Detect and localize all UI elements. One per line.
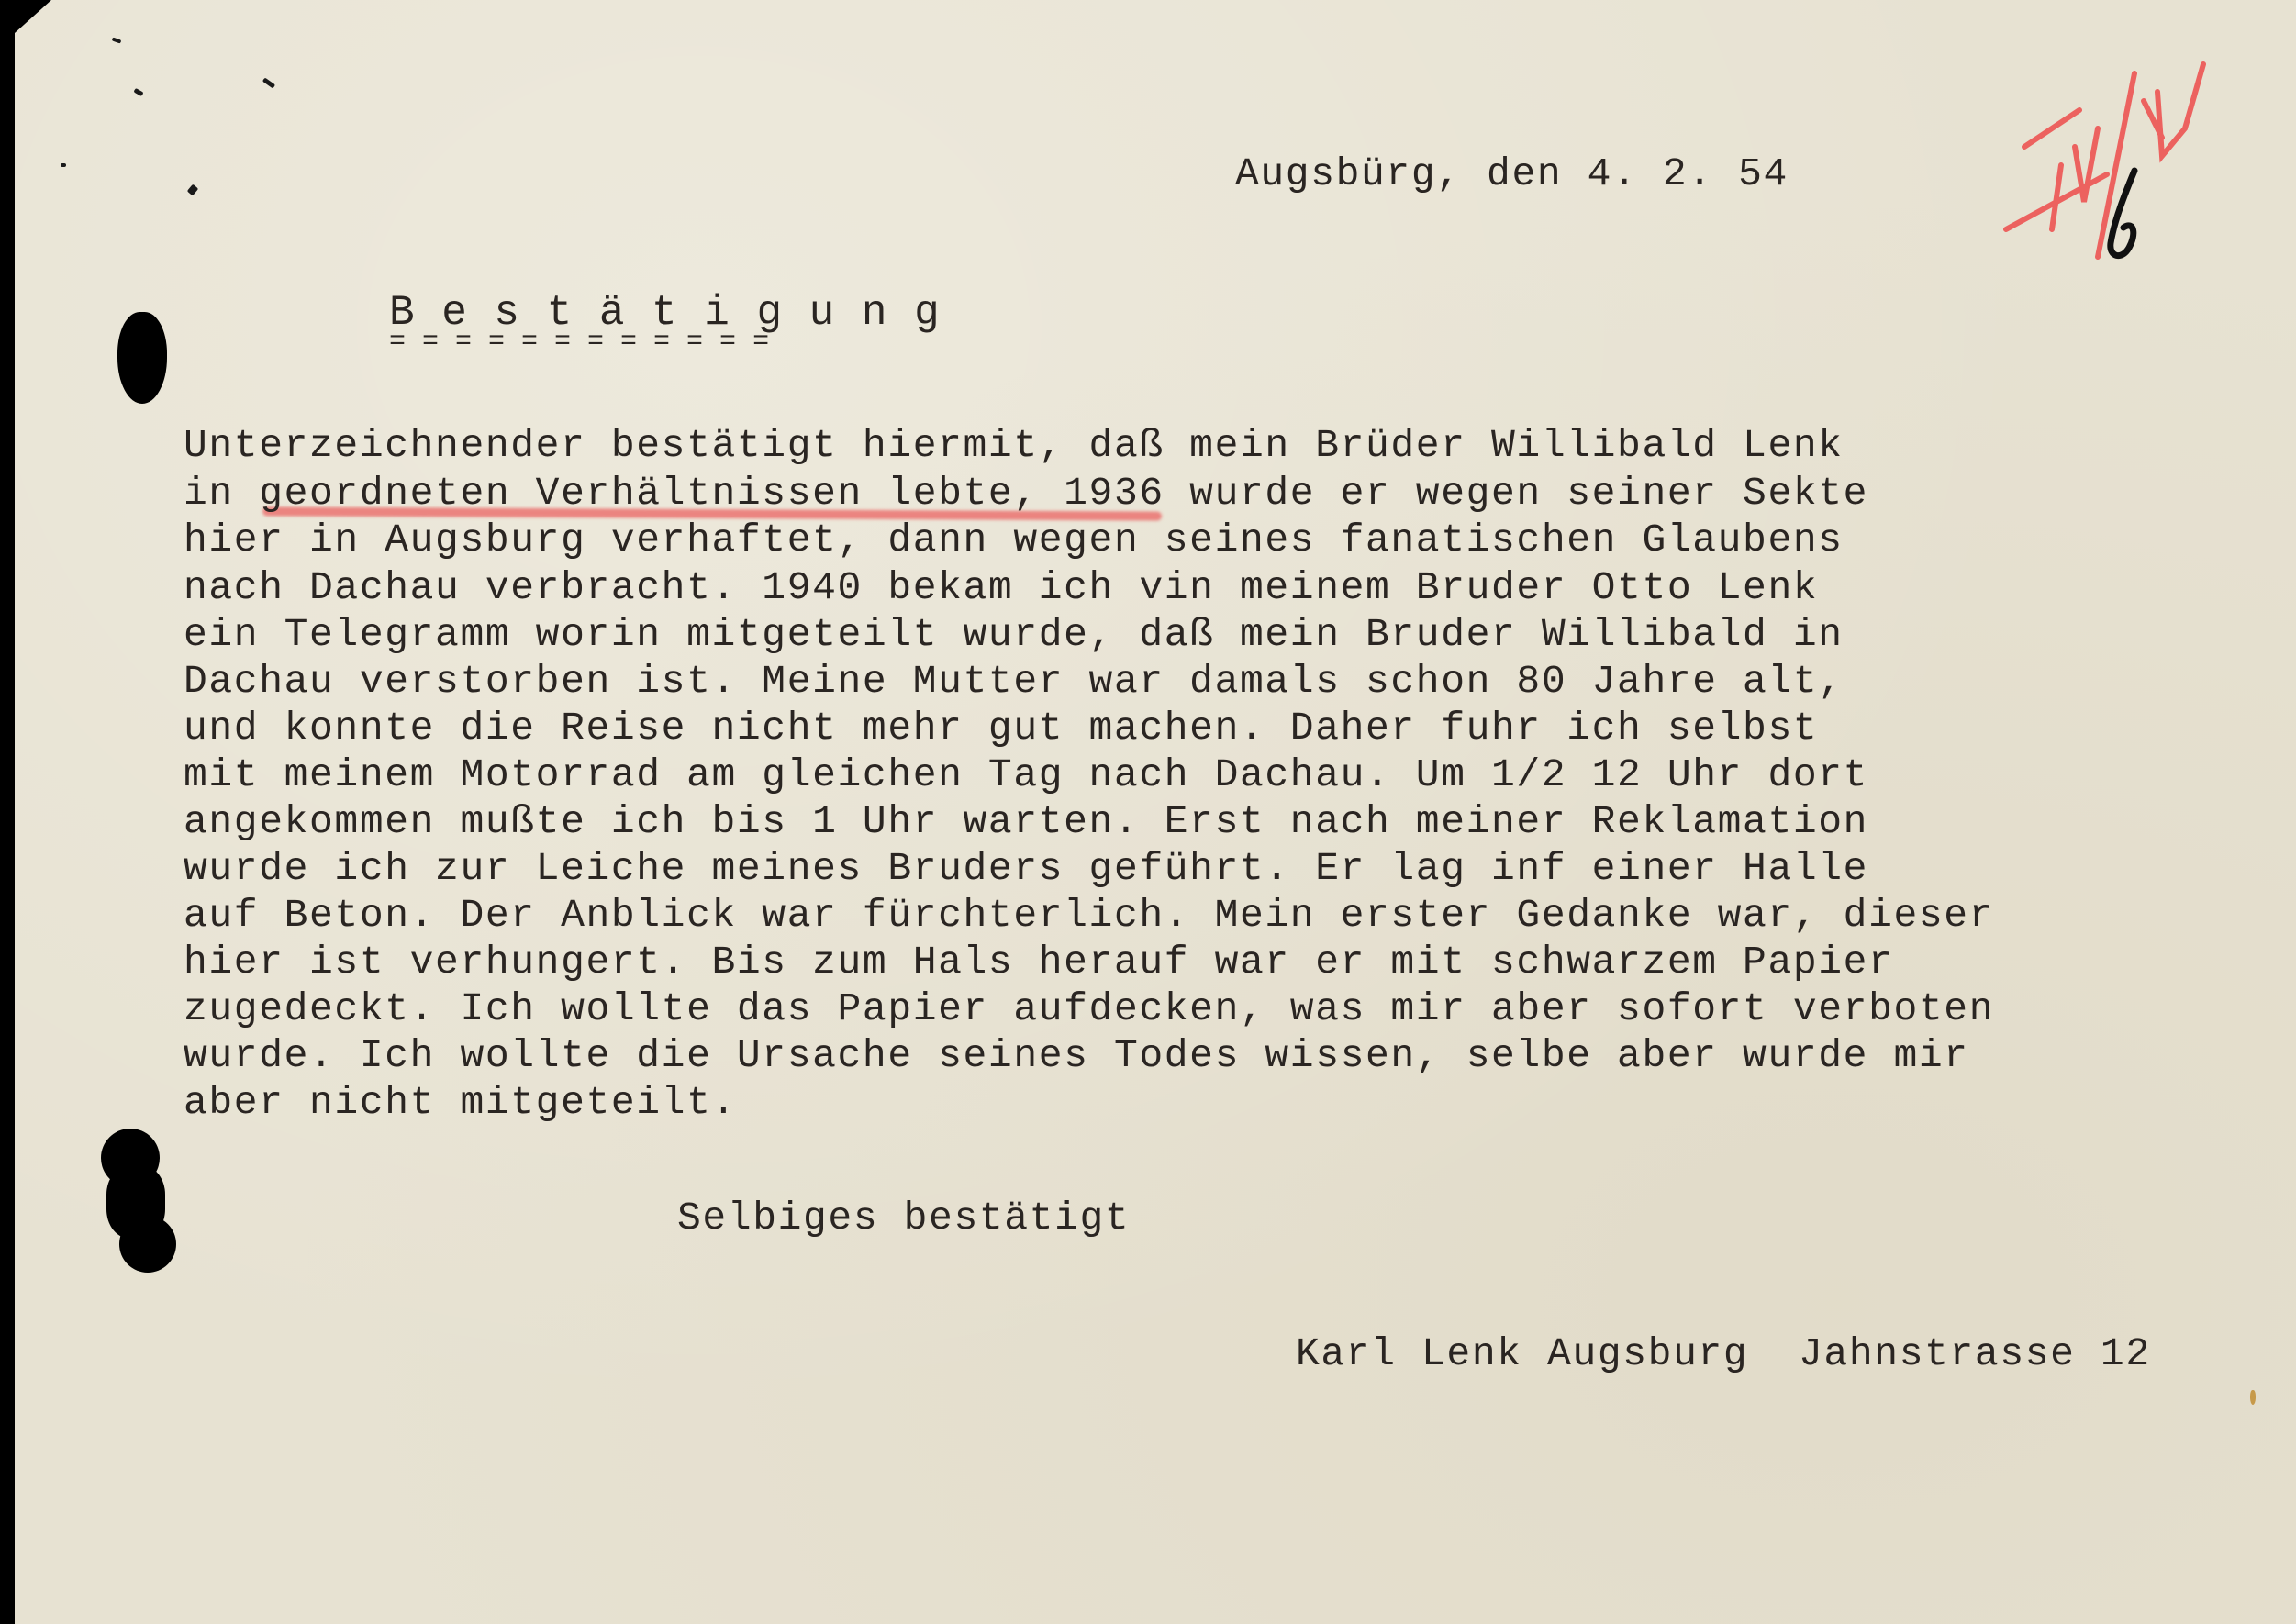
place-date: Augsbürg, den 4. 2. 54 — [1235, 154, 1789, 194]
body-line: in geordneten Verhältnissen lebte, 1936 … — [184, 473, 1868, 513]
document-page: Augsbürg, den 4. 2. 54 IV/68 6 B e s t ä… — [15, 0, 2296, 1624]
punch-hole-top — [117, 312, 167, 404]
body-line: mit meinem Motorrad am gleichen Tag nach… — [184, 755, 1868, 795]
paper-speck — [262, 77, 275, 88]
body-line: wurde. Ich wollte die Ursache seines Tod… — [184, 1036, 1969, 1075]
paper-speck — [61, 163, 66, 167]
title-underline: = = = = = = = = = = = = — [389, 328, 769, 356]
body-line: angekommen mußte ich bis 1 Uhr warten. E… — [184, 802, 1868, 841]
body-line: zugedeckt. Ich wollte das Papier aufdeck… — [184, 989, 1994, 1029]
body-line: Unterzeichnender bestätigt hiermit, daß … — [184, 426, 1844, 465]
body-line: wurde ich zur Leiche meines Bruders gefü… — [184, 849, 1868, 888]
body-line: und konnte die Reise nicht mehr gut mach… — [184, 708, 1818, 748]
handwritten-page-number — [2098, 165, 2162, 266]
body-line: Dachau verstorben ist. Meine Mutter war … — [184, 662, 1844, 701]
paper-stain — [2250, 1390, 2256, 1405]
body-line: hier in Augsburg verhaftet, dann wegen s… — [184, 520, 1844, 560]
paper-speck — [187, 184, 199, 196]
closing-line: Selbiges bestätigt — [677, 1198, 1130, 1238]
paper-speck — [112, 37, 122, 43]
body-line: ein Telegramm worin mitgeteilt wurde, da… — [184, 615, 1844, 654]
body-line: hier ist verhungert. Bis zum Hals herauf… — [184, 942, 1894, 982]
signature-address: Karl Lenk Augsburg Jahnstrasse 12 — [1296, 1334, 2151, 1374]
punch-hole-bottom — [119, 1216, 176, 1273]
body-line: nach Dachau verbracht. 1940 bekam ich vi… — [184, 568, 1818, 607]
paper-speck — [133, 88, 143, 96]
body-line: aber nicht mitgeteilt. — [184, 1083, 737, 1122]
body-line: auf Beton. Der Anblick war fürchterlich.… — [184, 895, 1994, 935]
